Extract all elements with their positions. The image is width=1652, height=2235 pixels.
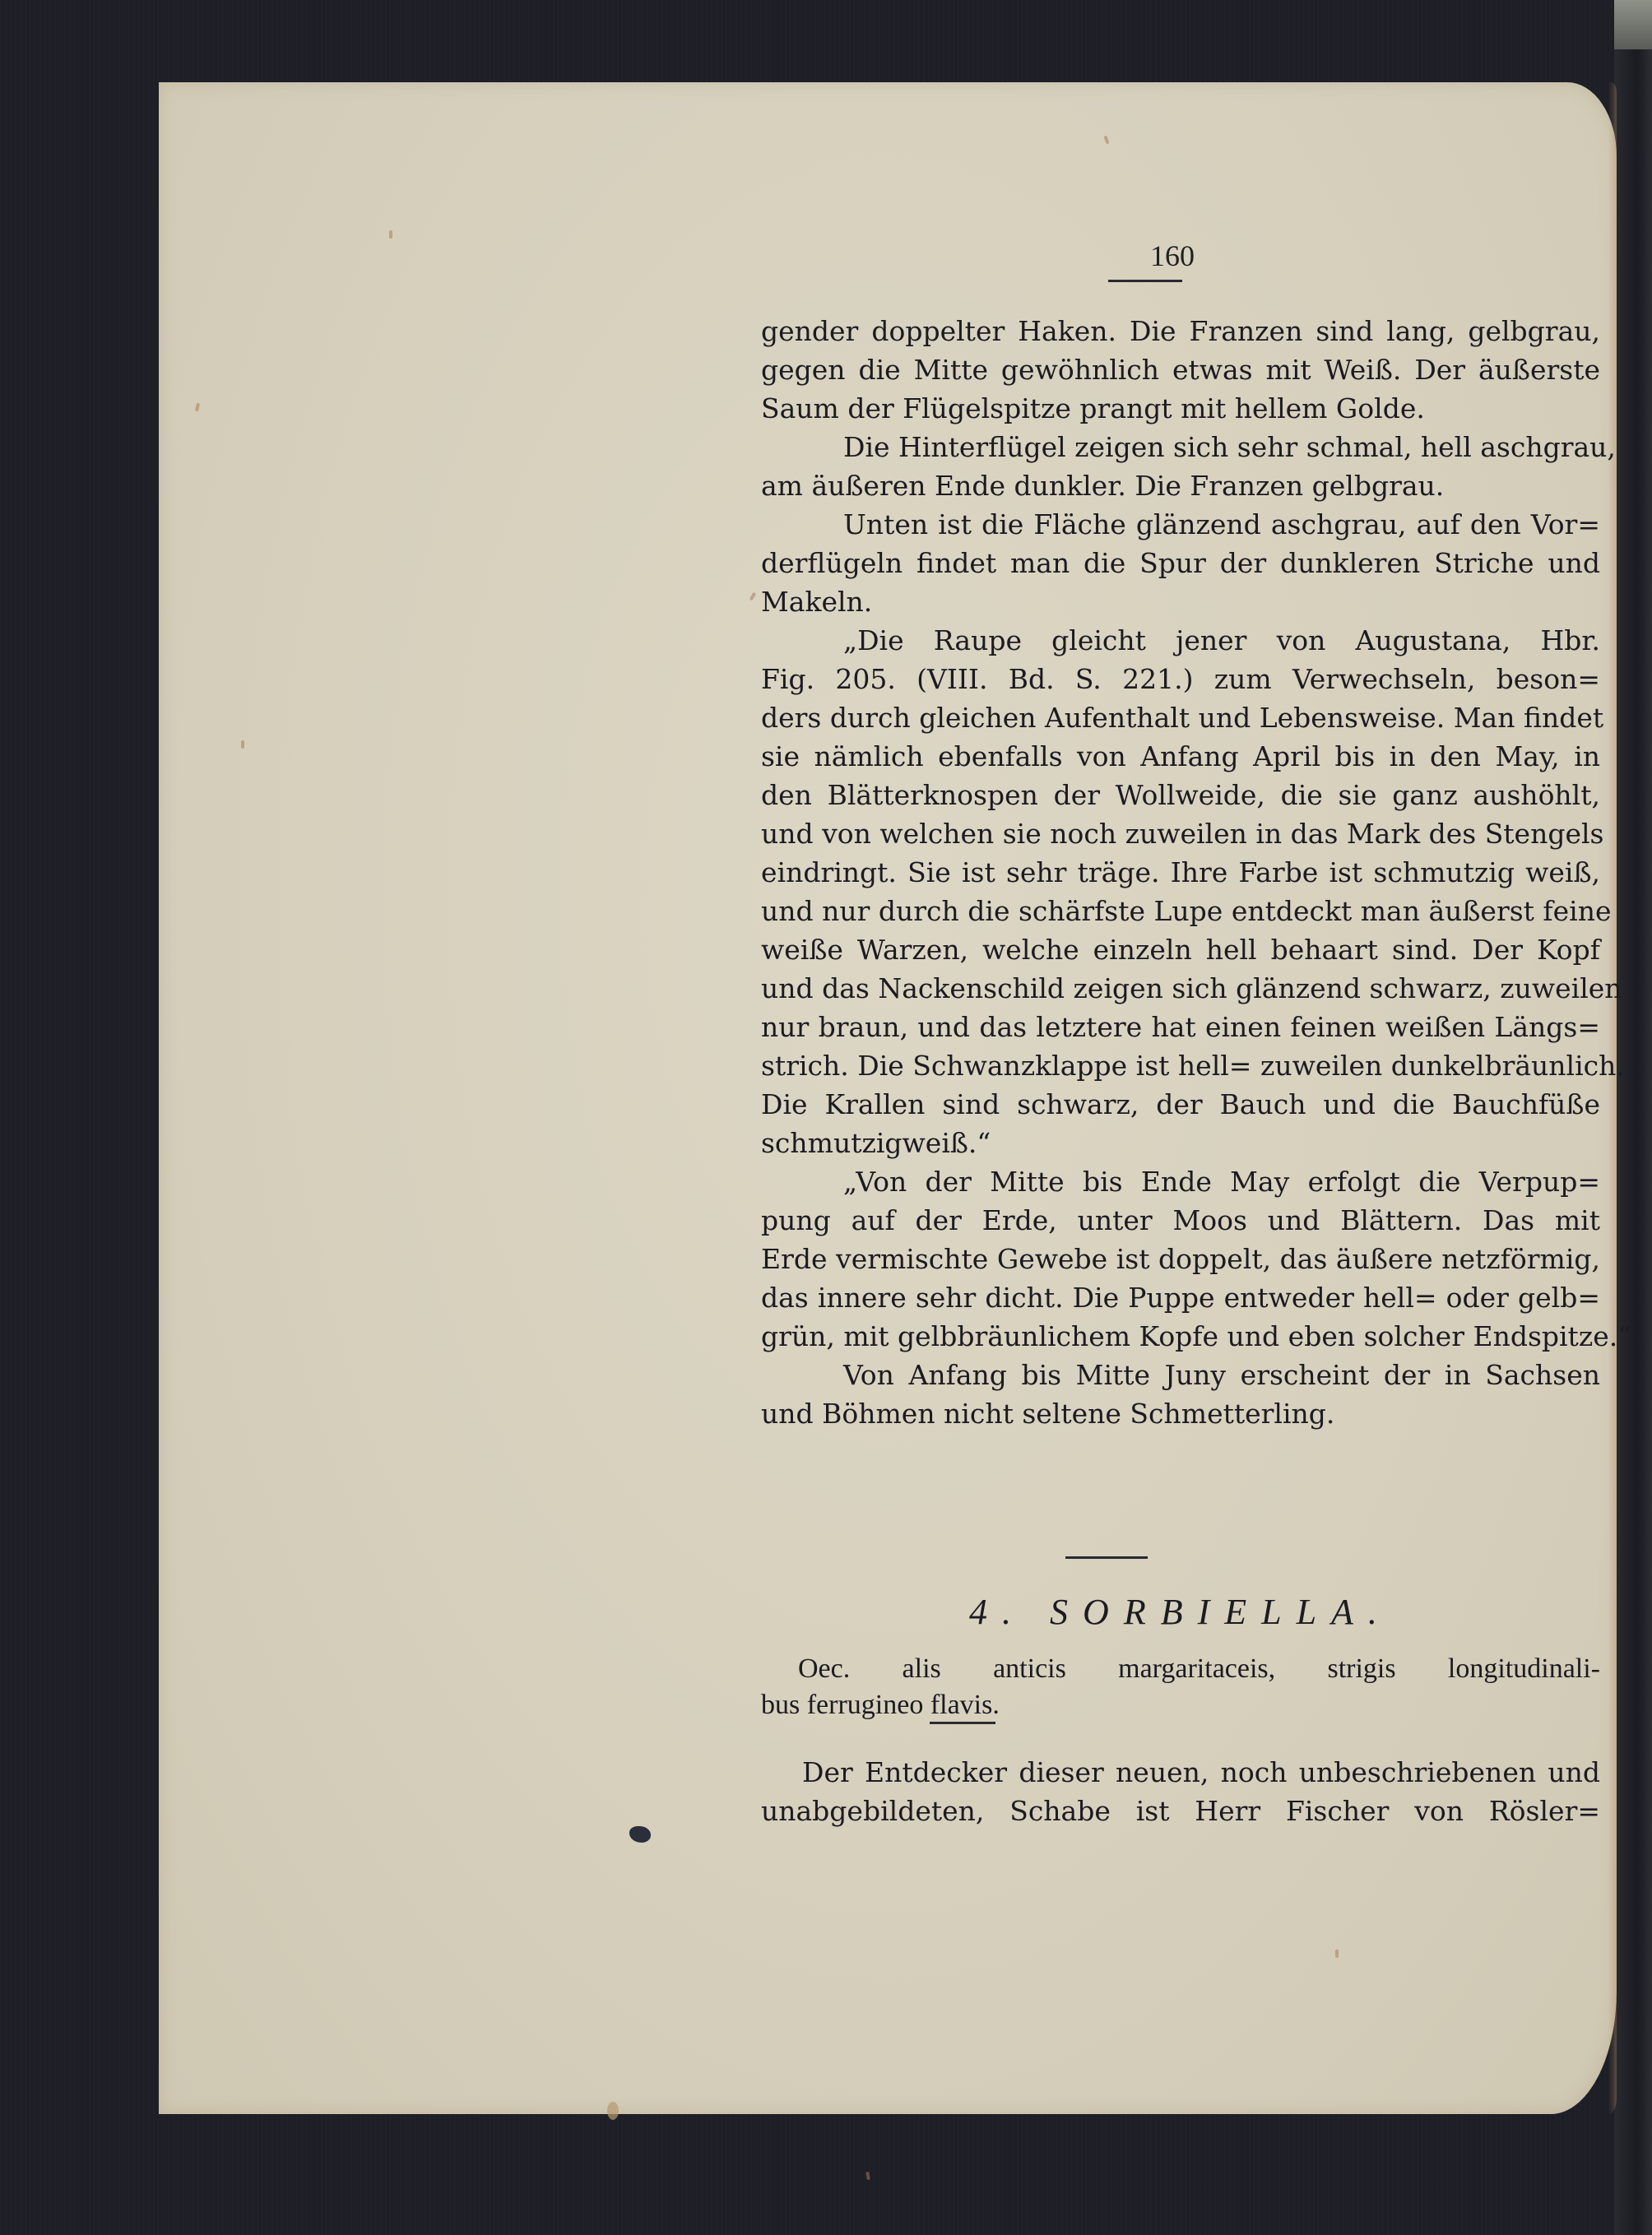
paper-speck (1335, 1950, 1339, 1958)
text-line: unabgebildeten, Schabe ist Herr Fischer … (761, 1792, 1600, 1830)
paper-speck (1103, 136, 1109, 145)
paper-speck (195, 403, 200, 412)
paper-stain (607, 2102, 619, 2120)
section-divider (930, 1722, 995, 1724)
text-line: Unten ist die Fläche glänzend aschgrau, … (761, 506, 1600, 544)
paper-speck (389, 230, 392, 239)
text-line: sie nämlich ebenfalls von Anfang April b… (761, 738, 1600, 776)
paper-speck (241, 740, 244, 749)
text-line: und nur durch die schärfste Lupe entdeck… (761, 893, 1600, 930)
text-line: strich. Die Schwanzklappe ist hell= zuwe… (761, 1047, 1600, 1085)
text-line: und das Nackenschild zeigen sich glänzen… (761, 970, 1600, 1008)
text-line: das innere sehr dicht. Die Puppe entwede… (761, 1279, 1600, 1317)
text-line: weiße Warzen, welche einzeln hell behaar… (761, 931, 1600, 969)
text-line: und Böhmen nicht seltene Schmetterling. (761, 1395, 1600, 1433)
text-line: Von Anfang bis Mitte Juny erscheint der … (761, 1356, 1600, 1394)
text-line: pung auf der Erde, unter Moos und Blätte… (761, 1202, 1600, 1240)
text-line: eindringt. Sie ist sehr träge. Ihre Farb… (761, 854, 1600, 892)
section-heading: 4. SORBIELLA. (761, 1588, 1600, 1637)
paper-speck (749, 592, 756, 601)
ink-blot (629, 1826, 651, 1843)
diagnosis-line: Oec. alis anticis margaritaceis, strigis… (761, 1650, 1600, 1688)
page-number: 160 (1131, 239, 1213, 273)
text-line: „Die Raupe gleicht jener von Augustana, … (761, 622, 1600, 660)
diagnosis-line: bus ferrugineo flavis. (761, 1686, 1600, 1724)
book-spine (1614, 0, 1652, 2235)
text-line: derflügeln findet man die Spur der dunkl… (761, 545, 1600, 582)
text-line: Erde vermischte Gewebe ist doppelt, das … (761, 1240, 1600, 1278)
page-number-rule (1108, 280, 1182, 282)
text-line: ders durch gleichen Aufenthalt und Leben… (761, 699, 1600, 737)
section-divider (1065, 1556, 1148, 1559)
text-line: am äußeren Ende dunkler. Die Franzen gel… (761, 467, 1600, 505)
text-line: Saum der Flügelspitze prangt mit hellem … (761, 390, 1600, 428)
text-line: schmutzigweiß.“ (761, 1124, 1600, 1162)
text-line: gegen die Mitte gewöhnlich etwas mit Wei… (761, 351, 1600, 389)
text-line: grün, mit gelbbräunlichem Kopfe und eben… (761, 1318, 1600, 1356)
text-line: Die Krallen sind schwarz, der Bauch und … (761, 1086, 1600, 1124)
text-line: nur braun, und das letztere hat einen fe… (761, 1009, 1600, 1046)
text-line: gender doppelter Haken. Die Franzen sind… (761, 313, 1600, 350)
text-line: „Von der Mitte bis Ende May erfolgt die … (761, 1163, 1600, 1201)
text-line: Der Entdecker dieser neuen, noch unbesch… (761, 1754, 1600, 1792)
text-line: Fig. 205. (VIII. Bd. S. 221.) zum Verwec… (761, 661, 1600, 698)
text-line: Makeln. (761, 583, 1600, 621)
text-line: Die Hinterflügel zeigen sich sehr schmal… (761, 429, 1600, 466)
page-clip (1614, 0, 1652, 49)
text-line: den Blätterknospen der Wollweide, die si… (761, 777, 1600, 814)
text-line: und von welchen sie noch zuweilen in das… (761, 815, 1600, 853)
